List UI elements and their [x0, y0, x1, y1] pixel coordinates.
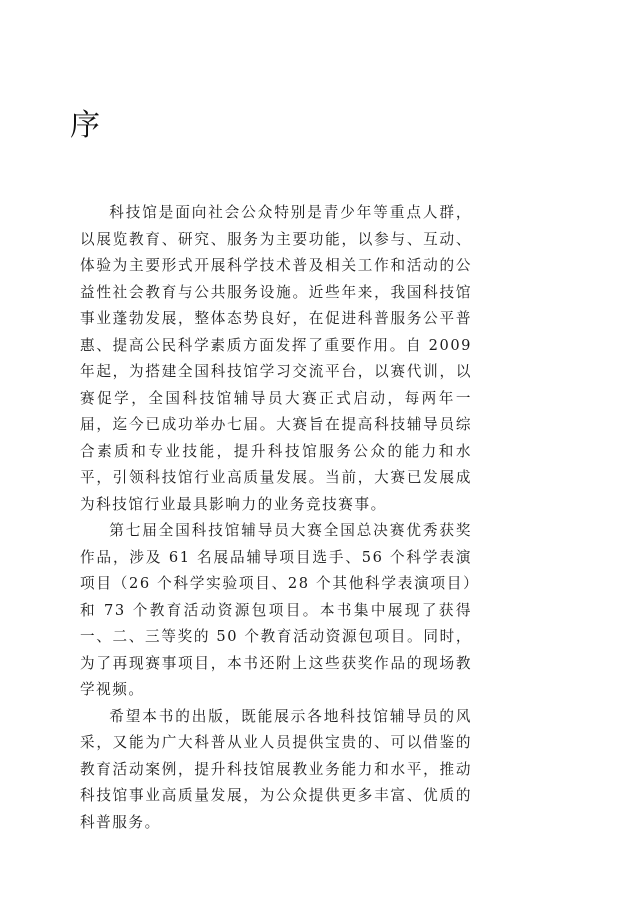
paragraph-2: 第七届全国科技馆辅导员大赛全国总决赛优秀获奖作品，涉及 61 名展品辅导项目选手… [80, 518, 472, 704]
page-title: 序 [70, 106, 100, 146]
paragraph-1: 科技馆是面向社会公众特别是青少年等重点人群，以展览教育、研究、服务为主要功能，以… [80, 200, 472, 518]
paragraph-3: 希望本书的出版，既能展示各地科技馆辅导员的风采，又能为广大科普从业人员提供宝贵的… [80, 704, 472, 837]
preface-body: 科技馆是面向社会公众特别是青少年等重点人群，以展览教育、研究、服务为主要功能，以… [80, 200, 472, 836]
